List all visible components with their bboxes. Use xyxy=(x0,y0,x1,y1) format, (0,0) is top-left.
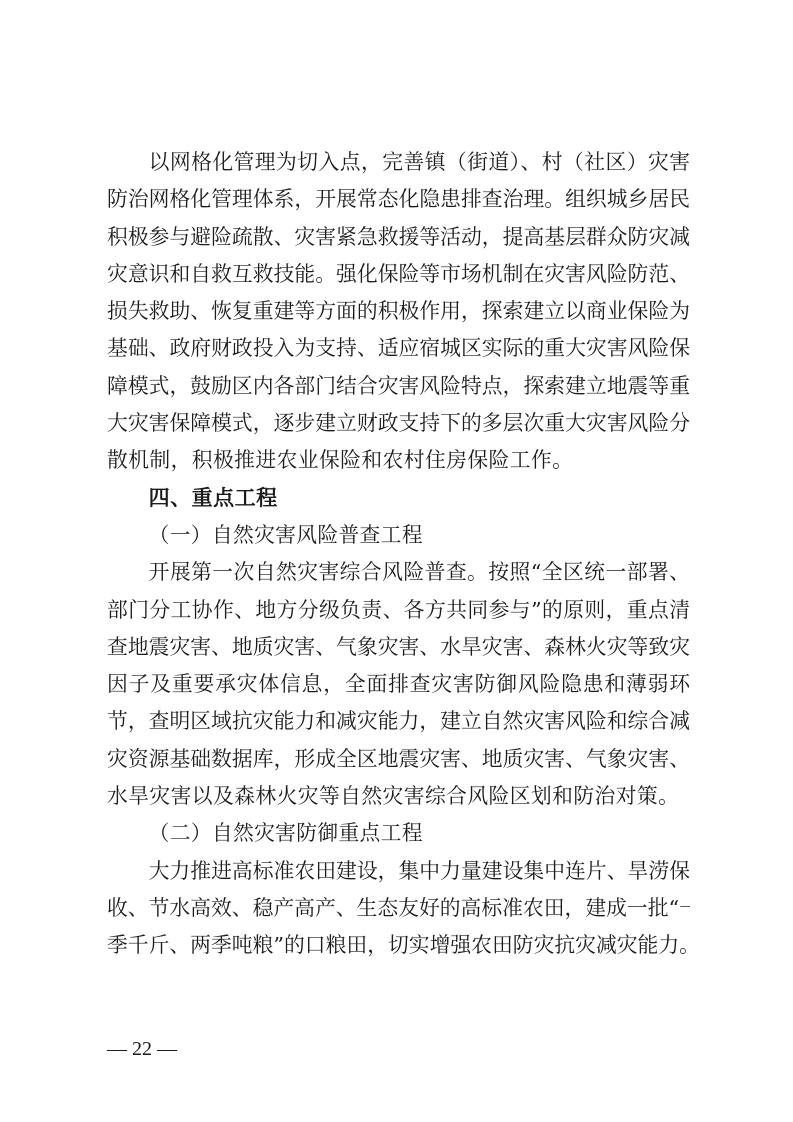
paragraph-line: 季千斤、两季吨粮”的口粮田，切实增强农田防灾抗灾减灾能力。 xyxy=(107,927,690,964)
paragraph-line: 大力推进高标准农田建设，集中力量建设集中连片、旱涝保 xyxy=(107,853,690,890)
paragraph-line: 收、节水高效、稳产高产、生态友好的高标准农田，建成一批“一 xyxy=(107,890,690,927)
paragraph-insurance-mechanism: 以网格化管理为切入点，完善镇（街道）、村（社区）灾害 防治网格化管理体系，开展常… xyxy=(107,144,690,480)
paragraph-line: 散机制，积极推进农业保险和农村住房保险工作。 xyxy=(107,442,690,479)
paragraph-line: 灾意识和自救互救技能。强化保险等市场机制在灾害风险防范、 xyxy=(107,256,690,293)
subsection-heading-risk-survey: （一）自然灾害风险普查工程 xyxy=(107,517,690,554)
page-number: — 22 — xyxy=(107,1038,177,1061)
paragraph-line: 因子及重要承灾体信息，全面排查灾害防御风险隐患和薄弱环 xyxy=(107,666,690,703)
section-heading: 四、重点工程 xyxy=(107,480,690,517)
paragraph-line: 以网格化管理为切入点，完善镇（街道）、村（社区）灾害 xyxy=(107,144,690,181)
paragraph-line: 障模式，鼓励区内各部门结合灾害风险特点，探索建立地震等重 xyxy=(107,368,690,405)
paragraph-line: 灾资源基础数据库，形成全区地震灾害、地质灾害、气象灾害、 xyxy=(107,741,690,778)
paragraph-farmland: 大力推进高标准农田建设，集中力量建设集中连片、旱涝保 收、节水高效、稳产高产、生… xyxy=(107,853,690,965)
paragraph-line: 查地震灾害、地质灾害、气象灾害、水旱灾害、森林火灾等致灾 xyxy=(107,629,690,666)
document-body: 以网格化管理为切入点，完善镇（街道）、村（社区）灾害 防治网格化管理体系，开展常… xyxy=(107,144,690,965)
paragraph-line: 损失救助、恢复重建等方面的积极作用，探索建立以商业保险为 xyxy=(107,293,690,330)
paragraph-line: 大灾害保障模式，逐步建立财政支持下的多层次重大灾害风险分 xyxy=(107,405,690,442)
paragraph-line: 水旱灾害以及森林火灾等自然灾害综合风险区划和防治对策。 xyxy=(107,778,690,815)
paragraph-line: 开展第一次自然灾害综合风险普查。按照“全区统一部署、 xyxy=(107,554,690,591)
paragraph-line: 部门分工协作、地方分级负责、各方共同参与”的原则，重点清 xyxy=(107,592,690,629)
subsection-heading-disaster-defense: （二）自然灾害防御重点工程 xyxy=(107,815,690,852)
paragraph-line: 基础、政府财政投入为支持、适应宿城区实际的重大灾害风险保 xyxy=(107,330,690,367)
paragraph-line: 节，查明区域抗灾能力和减灾能力，建立自然灾害风险和综合减 xyxy=(107,703,690,740)
paragraph-line: 防治网格化管理体系，开展常态化隐患排查治理。组织城乡居民 xyxy=(107,181,690,218)
paragraph-risk-survey: 开展第一次自然灾害综合风险普查。按照“全区统一部署、 部门分工协作、地方分级负责… xyxy=(107,554,690,815)
paragraph-line: 积极参与避险疏散、灾害紧急救援等活动，提高基层群众防灾减 xyxy=(107,219,690,256)
